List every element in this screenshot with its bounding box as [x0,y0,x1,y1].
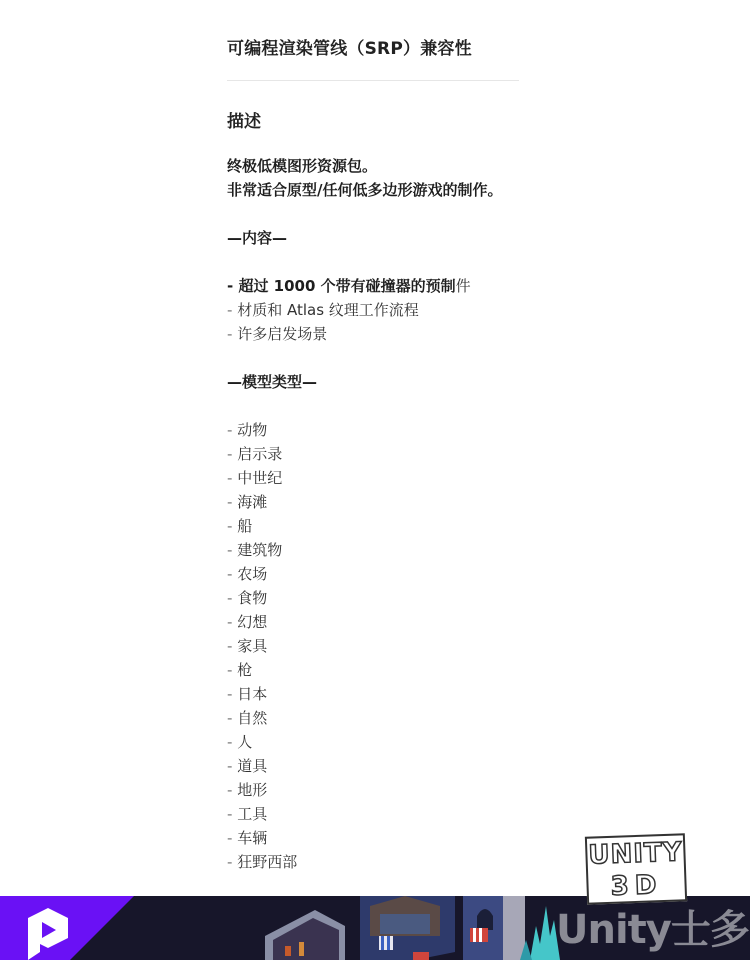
model-type-item: - 海滩 [227,490,502,514]
model-types-heading: —模型类型— [227,370,502,394]
model-type-item: - 狂野西部 [227,850,502,874]
section-divider [227,80,519,81]
model-type-item: - 幻想 [227,610,502,634]
contents-item: - 超过 1000 个带有碰撞器的预制件 [227,274,502,298]
description-body: 终极低模图形资源包。 非常适合原型/任何低多边形游戏的制作。 —内容— - 超过… [227,154,502,874]
contents-item: - 许多启发场景 [227,322,502,346]
contents-item: - 材质和 Atlas 纹理工作流程 [227,298,502,322]
polygon-p-logo-icon [26,908,70,960]
watermark-stamp: UNITY 3D [585,833,687,904]
model-type-item: - 地形 [227,778,502,802]
model-type-item: - 自然 [227,706,502,730]
model-type-item: - 道具 [227,754,502,778]
model-type-item: - 人 [227,730,502,754]
srp-compatibility-title: 可编程渲染管线（SRP）兼容性 [227,34,472,59]
model-type-item: - 建筑物 [227,538,502,562]
model-type-item: - 枪 [227,658,502,682]
model-type-item: - 工具 [227,802,502,826]
model-type-item: - 家具 [227,634,502,658]
model-type-item: - 中世纪 [227,466,502,490]
model-type-item: - 车辆 [227,826,502,850]
scene-preview-image [255,896,555,960]
model-type-item: - 船 [227,514,502,538]
contents-heading: —内容— [227,226,502,250]
description-heading: 描述 [227,107,261,132]
watermark-text: Unity士多 [556,898,749,955]
model-type-item: - 农场 [227,562,502,586]
model-type-item: - 日本 [227,682,502,706]
model-type-item: - 动物 [227,418,502,442]
model-type-item: - 食物 [227,586,502,610]
intro-line: 终极低模图形资源包。 [227,154,502,178]
model-type-item: - 启示录 [227,442,502,466]
model-types-list: - 动物- 启示录- 中世纪- 海滩- 船- 建筑物- 农场- 食物- 幻想- … [227,418,502,874]
intro-line: 非常适合原型/任何低多边形游戏的制作。 [227,178,502,202]
brand-panel-diagonal [70,896,134,960]
